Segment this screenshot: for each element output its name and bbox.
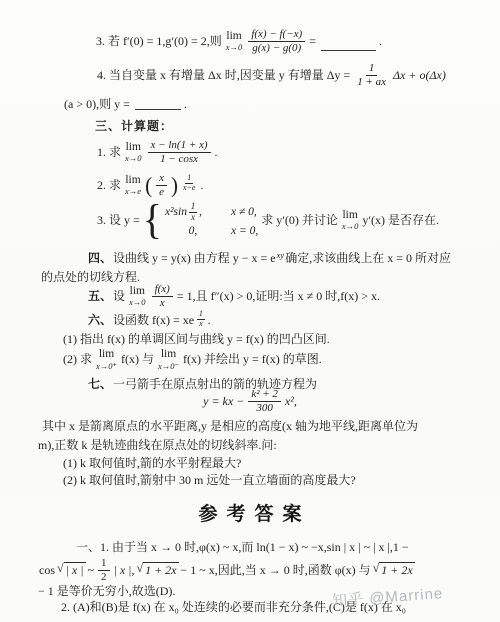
- math-text: Δx + o(Δx): [393, 68, 446, 83]
- answer-1-line3: − 1 是等价无穷小,故选(D).: [37, 584, 176, 599]
- math-text: x²sin: [165, 205, 187, 219]
- calc-3-line: 3. 设 y = { x²sin1x, x ≠ 0, 0, x = 0, 求 y…: [96, 202, 440, 238]
- problem-4-text2: (a > 0),则 y =: [64, 97, 130, 112]
- ordinal-6: 六、: [88, 313, 112, 328]
- lim-subscript: x→0⁺: [96, 362, 117, 371]
- period: .: [200, 178, 203, 193]
- right-paren: ): [171, 174, 178, 196]
- answers-heading: 参考答案: [0, 499, 500, 526]
- fraction-denominator: 1 − cosx: [157, 153, 201, 166]
- fraction-numerator: f(x) − f(−x): [248, 28, 305, 42]
- fraction: x − ln(1 + x)1 − cosx: [148, 139, 211, 165]
- comma: ,: [199, 205, 202, 219]
- limit-operator: limx→e: [125, 175, 141, 196]
- fraction: 12: [98, 557, 110, 583]
- lim-subscript: x→0: [342, 222, 359, 231]
- answer-text: 一、1. 由于当 x → 0 时,φ(x) ~ x,而 ln(1 − x) ~ …: [76, 540, 409, 555]
- left-brace: {: [143, 202, 162, 238]
- radical-sign: √: [136, 562, 143, 578]
- subproblem-text3: f(x) 并绘出 y = f(x) 的草图.: [183, 352, 322, 367]
- tilde: ~: [88, 563, 95, 578]
- fraction-numerator: x − ln(1 + x): [148, 139, 211, 153]
- subproblem-text: (2) 求: [63, 352, 92, 367]
- problem-4-line2: (a > 0),则 y = .: [63, 96, 188, 113]
- case-1-expression: x²sin1x,: [165, 202, 221, 223]
- problem-7-part2-line: (2) k 取何值时,箭射中 30 m 远处一直立墙面的高度最大?: [62, 473, 357, 488]
- answer-1-line2: cos √| x | ~ 12 | x |, √1 + 2x − 1 ~ x,因…: [38, 557, 416, 583]
- case-2-condition: x = 0,: [231, 224, 258, 238]
- problem-text: m),正数 k 是轨迹曲线在原点处的切线斜率.问:: [38, 438, 277, 453]
- fraction-denominator: x: [196, 320, 206, 329]
- exponent-fraction: 1x−e: [180, 174, 199, 193]
- fraction-denominator: 1 + ax: [354, 76, 389, 89]
- problem-6-part2-line: (2) 求 limx→0⁺ f(x) 与 limx→0⁻ f(x) 并绘出 y …: [62, 349, 323, 370]
- case-1-condition: x ≠ 0,: [231, 205, 257, 219]
- lim-subscript: x→0⁻: [158, 362, 179, 371]
- problem-text2: 确定,求该曲线上在 x = 0 所对应: [285, 251, 451, 266]
- lim-word: lim: [125, 175, 140, 187]
- section-3-title: 三、计算题：: [95, 119, 173, 134]
- exponent: xy: [277, 250, 285, 261]
- lim-word: lim: [130, 286, 145, 298]
- subproblem-text2: f(x) 与: [121, 352, 154, 367]
- problem-4-line1: 4. 当自变量 x 有增量 Δx 时,因变量 y 有增量 Δy = 11 + a…: [96, 62, 447, 88]
- left-paren: (: [145, 174, 152, 196]
- limit-operator: limx→0⁻: [158, 349, 179, 370]
- lim-word: lim: [161, 349, 176, 361]
- fraction: f(x) − f(−x)g(x) − g(0): [248, 28, 305, 54]
- fraction-denominator: 300: [253, 402, 276, 415]
- subproblem-text: (1) k 取何值时,箭的水平射程最大?: [63, 456, 241, 471]
- lim-subscript: x→e: [125, 187, 141, 196]
- lim-subscript: x→0: [129, 298, 146, 307]
- lim-word: lim: [226, 31, 241, 43]
- lim-word: lim: [342, 210, 357, 222]
- period: .: [379, 34, 382, 49]
- answer-blank: [321, 37, 376, 51]
- limit-operator: limx→0: [342, 210, 359, 231]
- problem-text: 设曲线 y = y(x) 由方程 y − x = e: [113, 251, 276, 266]
- period: .: [215, 145, 218, 160]
- equation-lhs: y = kx −: [203, 394, 244, 409]
- calc-3-text2: 求 y′(0) 并讨论: [261, 213, 338, 228]
- radicand: | x |: [64, 562, 86, 578]
- calc-3-text3: y′(x) 是否存在.: [362, 213, 439, 228]
- radicand: 1 + 2x: [143, 562, 178, 578]
- fraction: f(x)x: [152, 283, 173, 309]
- problem-5-section-line: 五、 设 limx→0 f(x)x = 1,且 f″(x) > 0,证明:当 x…: [88, 283, 381, 309]
- zhihu-watermark: 知乎 @Marrine: [331, 582, 443, 611]
- period: .: [184, 97, 187, 112]
- ordinal-4: 四、: [88, 251, 112, 266]
- fraction-numerator: f(x): [152, 283, 173, 297]
- answer-text2: − 1 ~ x,因此,当 x → 0 时,函数 φ(x) 与: [181, 563, 371, 578]
- lim-subscript: x→0: [226, 43, 243, 52]
- cases-rows: x²sin1x, x ≠ 0, 0, x = 0,: [165, 202, 258, 238]
- answer-1-line1: 一、1. 由于当 x → 0 时,φ(x) ~ x,而 ln(1 − x) ~ …: [75, 540, 410, 555]
- problem-7-part1-line: (1) k 取何值时,箭的水平射程最大?: [62, 456, 242, 471]
- fraction: xe: [156, 172, 167, 198]
- fraction: 1x: [188, 202, 198, 223]
- fraction-denominator: x−e: [180, 184, 199, 193]
- problem-text: 设函数 f(x) = xe: [113, 313, 194, 328]
- radicand: 1 + 2x: [379, 562, 414, 578]
- case-2-expression: 0,: [165, 224, 221, 238]
- calc-1-text: 1. 求: [97, 145, 121, 160]
- calc-3-text: 3. 设 y =: [97, 213, 140, 228]
- subproblem-text: (1) 指出 f(x) 的单调区间与曲线 y = f(x) 的凹凸区间.: [63, 332, 330, 347]
- answer-text: − 1 是等价无穷小,故选(D).: [38, 584, 175, 599]
- limit-operator: limx→0: [129, 286, 146, 307]
- equation-rhs: x²,: [285, 394, 297, 409]
- period: .: [208, 313, 211, 328]
- radical-sign: √: [373, 562, 380, 578]
- piecewise-cases: { x²sin1x, x ≠ 0, 0, x = 0,: [143, 202, 258, 238]
- calc-2-text: 2. 求: [97, 178, 121, 193]
- problem-7-desc-line2: m),正数 k 是轨迹曲线在原点处的切线斜率.问:: [37, 438, 278, 453]
- fraction-numerator: 1: [98, 557, 110, 571]
- fraction-denominator: g(x) − g(0): [249, 42, 304, 55]
- subproblem-text: (2) k 取何值时,箭射中 30 m 远处一直立墙面的高度最大?: [63, 473, 356, 488]
- problem-4-section-line1: 四、 设曲线 y = y(x) 由方程 y − x = e xy 确定,求该曲线…: [88, 251, 452, 266]
- square-root: √1 + 2x: [136, 562, 178, 578]
- limit-operator: limx→0: [226, 31, 243, 52]
- calc-2-line: 2. 求 limx→e ( xe ) 1x−e .: [96, 172, 204, 198]
- fraction-numerator: k² + 2: [248, 388, 281, 402]
- radical-sign: √: [57, 562, 64, 578]
- document-page: 3. 若 f′(0) = 1,g′(0) = 2,则 limx→0 f(x) −…: [0, 0, 500, 622]
- answer-text: cos: [39, 563, 55, 578]
- equals-sign: =: [309, 34, 316, 49]
- fraction-denominator: x: [157, 297, 168, 310]
- lim-subscript: x→0: [125, 154, 142, 163]
- problem-3-text: 3. 若 f′(0) = 1,g′(0) = 2,则: [96, 34, 222, 49]
- problem-4-text: 4. 当自变量 x 有增量 Δx 时,因变量 y 有增量 Δy =: [97, 68, 350, 83]
- problem-3-line: 3. 若 f′(0) = 1,g′(0) = 2,则 limx→0 f(x) −…: [95, 28, 383, 54]
- lim-word: lim: [99, 349, 114, 361]
- calc-1-line: 1. 求 limx→0 x − ln(1 + x)1 − cosx .: [96, 139, 219, 165]
- problem-text: 其中 x 是箭离原点的水平距离,y 是相应的高度(x 轴为地平线,距离单位为: [42, 419, 418, 434]
- ordinal-5: 五、: [88, 289, 112, 304]
- problem-6-section-line: 六、 设函数 f(x) = xe 1x .: [88, 312, 212, 329]
- math-text: | x |,: [114, 563, 135, 578]
- trajectory-equation: y = kx − k² + 2300 x²,: [0, 388, 500, 414]
- case-row-1: x²sin1x, x ≠ 0,: [165, 202, 258, 223]
- problem-6-part1-line: (1) 指出 f(x) 的单调区间与曲线 y = f(x) 的凹凸区间.: [62, 332, 331, 347]
- problem-text2: = 1,且 f″(x) > 0,证明:当 x ≠ 0 时,f(x) > x.: [177, 289, 380, 304]
- square-root: √1 + 2x: [373, 562, 415, 578]
- section-3-header: 三、计算题：: [95, 119, 173, 134]
- exponent-fraction: 1x: [196, 310, 206, 329]
- problem-text: 设: [113, 289, 125, 304]
- fraction: 11 + ax: [354, 62, 389, 88]
- case-row-2: 0, x = 0,: [165, 224, 258, 238]
- fraction-denominator: x: [188, 213, 198, 223]
- fraction: k² + 2300: [248, 388, 281, 414]
- fraction-numerator: x: [156, 172, 167, 186]
- lim-word: lim: [126, 142, 141, 154]
- limit-operator: limx→0⁺: [96, 349, 117, 370]
- problem-7-desc-line1: 其中 x 是箭离原点的水平距离,y 是相应的高度(x 轴为地平线,距离单位为: [41, 419, 419, 434]
- square-root: √| x |: [57, 562, 86, 578]
- answer-blank: [135, 96, 181, 110]
- fraction-denominator: 2: [98, 571, 110, 584]
- limit-operator: limx→0: [125, 142, 142, 163]
- fraction-numerator: 1: [366, 62, 378, 76]
